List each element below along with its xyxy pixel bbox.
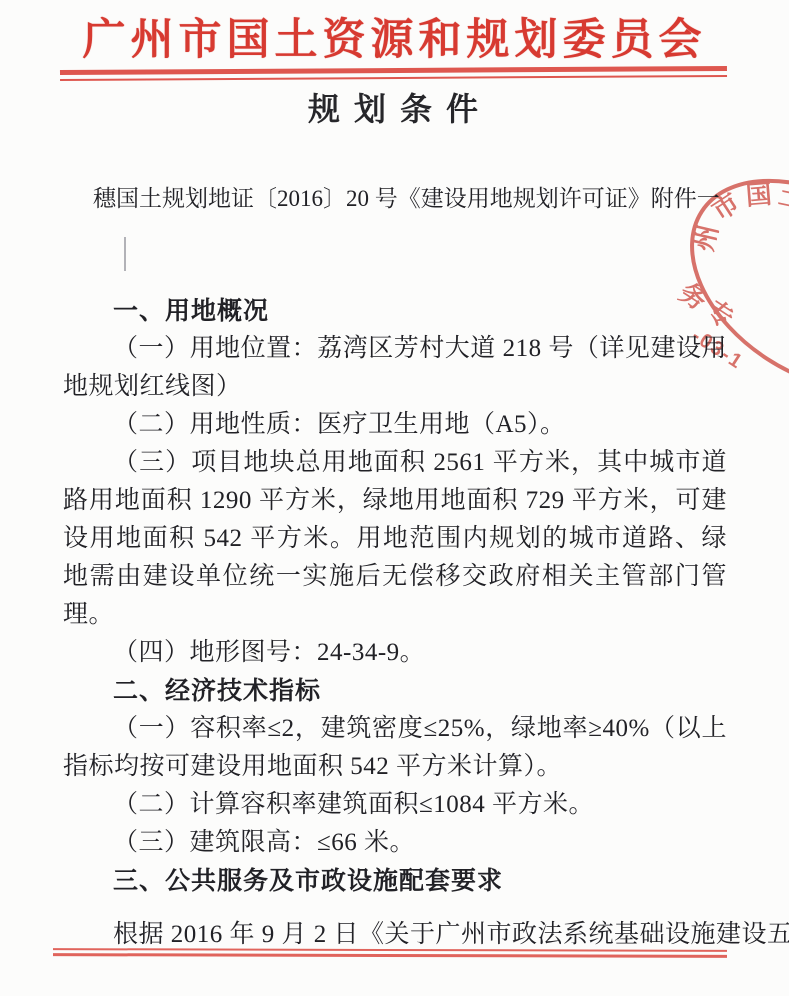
agency-title: 广州市国土资源和规划委员会 bbox=[0, 6, 789, 67]
paragraph: （三）项目地块总用地面积 2561 平方米，其中城市道路用地面积 1290 平方… bbox=[63, 444, 727, 634]
paragraph: （一）容积率≤2，建筑密度≤25%，绿地率≥40%（以上指标均按可建设用地面积 … bbox=[63, 710, 727, 786]
header-rule bbox=[60, 66, 727, 81]
document-page: 广州市国土资源和规划委员会 规 划 条 件 州市国土资源 务专 -03-1 穗国… bbox=[0, 0, 789, 996]
document-title: 规 划 条 件 bbox=[0, 84, 789, 130]
footer-rule bbox=[53, 948, 727, 958]
reference-number-line: 穗国土规划地证〔2016〕20 号《建设用地规划许可证》附件一 bbox=[63, 180, 727, 218]
paragraph: （三）建筑限高：≤66 米。 bbox=[63, 824, 727, 862]
paragraph: （四）地形图号：24-34-9。 bbox=[63, 634, 727, 672]
paragraph: （二）用地性质：医疗卫生用地（A5）。 bbox=[63, 406, 727, 444]
section-heading: 三、公共服务及市政设施配套要求 bbox=[63, 862, 727, 900]
document-body: 穗国土规划地证〔2016〕20 号《建设用地规划许可证》附件一 一、用地概况 （… bbox=[63, 180, 727, 954]
paragraph: （一）用地位置：荔湾区芳村大道 218 号（详见建设用地规划红线图） bbox=[63, 330, 727, 406]
section-heading: 二、经济技术指标 bbox=[63, 672, 727, 710]
section-heading: 一、用地概况 bbox=[63, 292, 727, 330]
paragraph: （二）计算容积率建筑面积≤1084 平方米。 bbox=[63, 786, 727, 824]
